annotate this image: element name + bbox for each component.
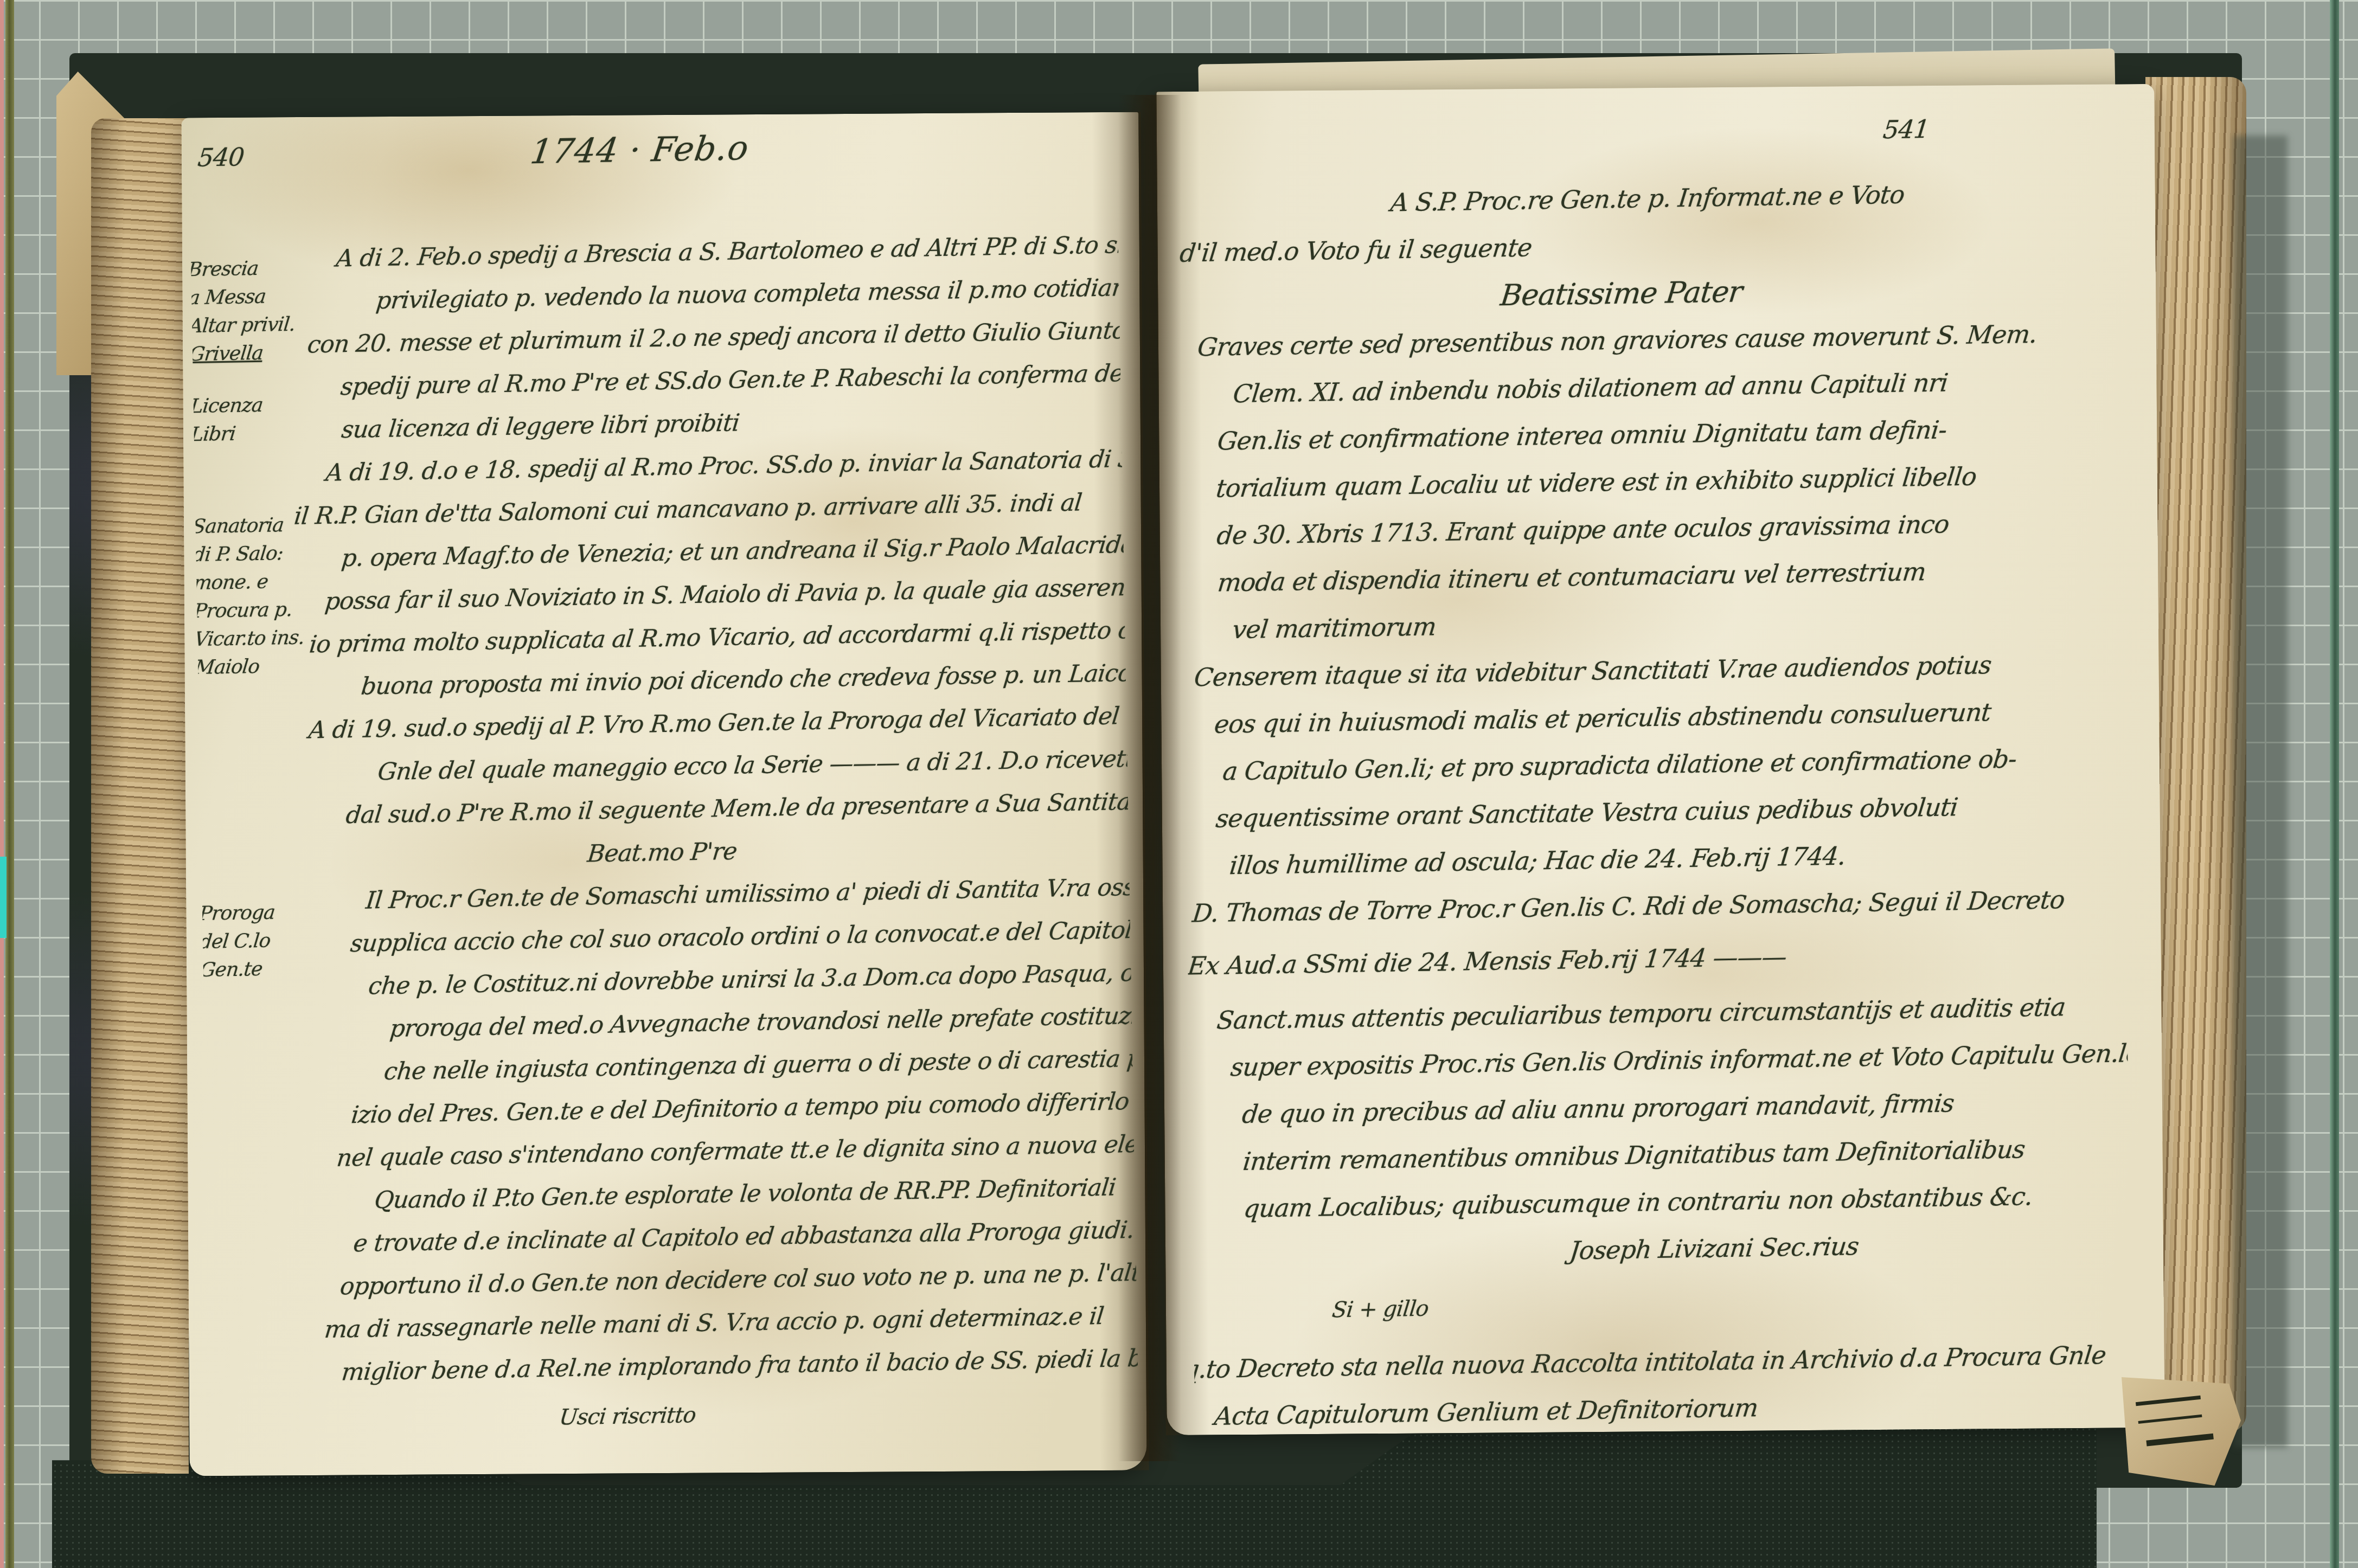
page-edges-left xyxy=(91,118,189,1474)
left-page-text: A di 2. Feb.o spedij a Brescia a S. Bart… xyxy=(305,223,1139,1443)
margin-note: Proroga xyxy=(197,898,330,928)
margin-note: Maiolo xyxy=(194,652,326,682)
margin-note: di P. Salo: xyxy=(191,539,324,569)
right-page-content: 541 A S.P. Proc.re Gen.te p. Informat.ne… xyxy=(1175,104,2133,1447)
manuscript-line: Si + gillo xyxy=(1330,1275,2116,1334)
margin-note: Altar privil. xyxy=(189,310,321,340)
left-page-date-header: 1744 · Feb.o xyxy=(528,128,752,171)
margin-note: Procura p. xyxy=(193,595,325,626)
margin-note: Licenza xyxy=(189,390,322,421)
book-side-shadow xyxy=(2233,136,2287,1448)
margin-note: Grivella xyxy=(189,338,321,369)
manuscript-line: Joseph Livizani Sec.rius xyxy=(1567,1219,2114,1275)
left-page-content: 540 1744 · Feb.o Bresciaa MessaAltar pri… xyxy=(189,125,1139,1496)
margin-note: Vicar.to ins. xyxy=(193,624,326,654)
left-page-number: 540 xyxy=(196,142,245,172)
left-edge-olive-strip xyxy=(5,0,14,1568)
manuscript-line: Ex Aud.a SSmi die 24. Mensis Feb.rij 174… xyxy=(1186,928,2110,990)
margin-note: mone. e xyxy=(192,567,325,597)
margin-note: Brescia xyxy=(189,254,319,284)
margin-note: a Messa xyxy=(189,282,320,312)
margin-note: del C.lo xyxy=(198,926,331,956)
digitization-photo: 540 1744 · Feb.o Bresciaa MessaAltar pri… xyxy=(0,0,2358,1568)
right-edge-green-rod xyxy=(2330,0,2339,1568)
margin-note: Gen.te xyxy=(198,954,331,985)
left-edge-cyan-mark xyxy=(0,857,7,938)
manuscript-line: Usci riscritto xyxy=(557,1386,1139,1440)
left-edge-pink-strip xyxy=(0,0,4,1568)
right-page-number: 541 xyxy=(1881,114,1931,144)
right-page-text: A S.P. Proc.re Gen.te p. Informat.ne e V… xyxy=(1195,168,2115,1440)
margin-note: Libri xyxy=(189,419,322,449)
